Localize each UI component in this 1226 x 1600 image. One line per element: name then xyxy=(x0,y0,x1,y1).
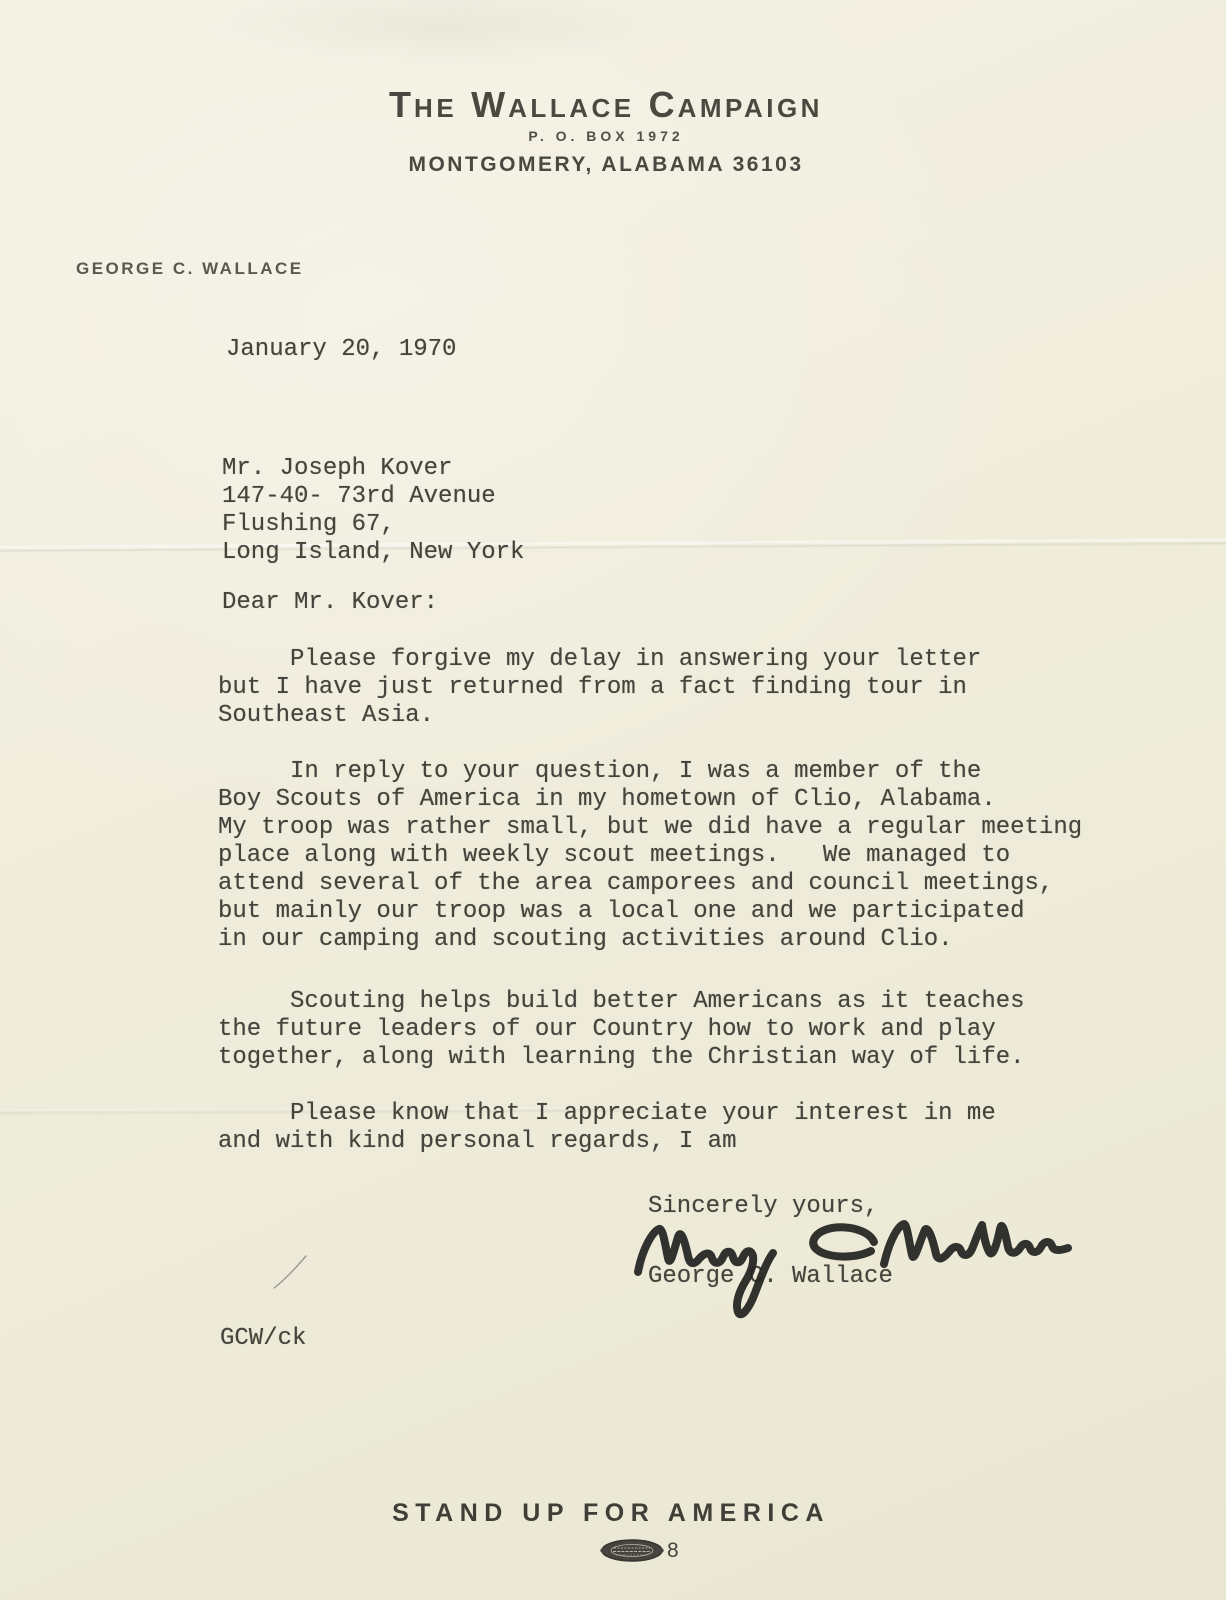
sender-name-label: GEORGE C. WALLACE xyxy=(76,259,304,279)
letterhead-title-word: WALLACE xyxy=(471,104,634,121)
typed-signature-name: George C. Wallace xyxy=(648,1263,893,1291)
recipient-address-block: Mr. Joseph Kover 147-40- 73rd Avenue Flu… xyxy=(222,455,524,567)
footer-slogan: STAND UP FOR AMERICA xyxy=(0,1499,1224,1528)
letterhead-city-line: MONTGOMERY, ALABAMA 36103 xyxy=(0,153,1219,177)
body-paragraph-3: Scouting helps build better Americans as… xyxy=(218,988,1025,1072)
scanned-letter-page: THEWALLACECAMPAIGN P. O. BOX 1972 MONTGO… xyxy=(0,0,1226,1600)
title-initial: C xyxy=(649,84,678,125)
letterhead-po-box: P. O. BOX 1972 xyxy=(0,128,1219,144)
closing-line: Sincerely yours, xyxy=(648,1193,878,1221)
title-initial: W xyxy=(471,84,508,125)
letterhead-title: THEWALLACECAMPAIGN xyxy=(0,84,1219,126)
union-label-row: 8 xyxy=(600,1537,679,1564)
title-rest: AMPAIGN xyxy=(678,93,823,123)
union-label-number: 8 xyxy=(667,1539,679,1563)
stray-pencil-mark xyxy=(268,1248,314,1294)
letterhead-title-word: CAMPAIGN xyxy=(649,104,823,121)
letter-date: January 20, 1970 xyxy=(226,336,456,364)
title-initial: T xyxy=(389,84,414,125)
salutation: Dear Mr. Kover: xyxy=(222,589,438,617)
reference-initials: GCW/ck xyxy=(220,1325,306,1353)
body-paragraph-2: In reply to your question, I was a membe… xyxy=(218,758,1082,954)
letterhead-title-word: THE xyxy=(389,104,457,121)
body-paragraph-1: Please forgive my delay in answering you… xyxy=(218,646,981,730)
title-rest: HE xyxy=(414,93,457,123)
title-rest: ALLACE xyxy=(508,93,634,123)
body-paragraph-4: Please know that I appreciate your inter… xyxy=(218,1100,996,1156)
union-printers-label-icon xyxy=(600,1537,664,1564)
fold-crease-upper xyxy=(0,538,1226,553)
